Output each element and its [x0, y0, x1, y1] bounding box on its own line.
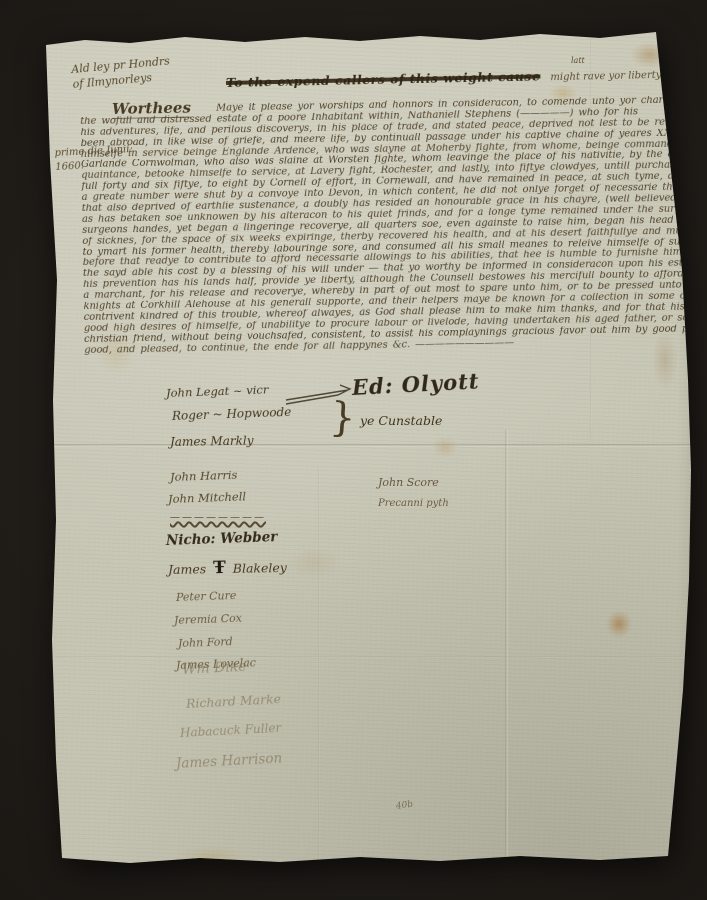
stain [606, 610, 632, 638]
signature-roger-hopwoode: Roger ~ Hopwoode [172, 405, 292, 423]
interlinear-note: latt [571, 56, 585, 65]
horizontal-fold-crease [50, 444, 690, 447]
signature-note: Precanni pyth [378, 498, 449, 509]
signature-peter-cure: Peter Cure [176, 589, 237, 604]
folio-mark: 40b [395, 800, 413, 812]
signature-james-harrison: James Harrison [176, 750, 283, 772]
manuscript-sheet: Ald ley pr Hondrs of Ilmynorleys prime d… [0, 0, 707, 900]
signature-james-blakeley: JamesŦBlakeley [168, 557, 287, 579]
signature-habacuck-fuller: Habacuck Fuller [180, 721, 282, 740]
vertical-fold-crease [505, 430, 508, 860]
signature-struck-out: ———————— [170, 512, 266, 523]
petition-body-text: Maye it please yor worships and honnors … [80, 95, 702, 356]
stain [432, 436, 458, 458]
paper-shadow: Ald ley pr Hondrs of Ilmynorleys prime d… [0, 0, 707, 900]
signature-john-mitchell: John Mitchell [168, 489, 247, 506]
brace-glyph: } [328, 394, 357, 442]
signature-first-name: James [168, 561, 206, 577]
signature-john-score: John Score [378, 476, 439, 489]
docket-line: To the expend callers of this weight cau… [226, 60, 707, 91]
vertical-fold-crease [318, 468, 320, 862]
signature-wm-dike: Wm Dike [182, 659, 247, 678]
signature-richard-marke: Richard Marke [186, 691, 282, 711]
stain [176, 846, 246, 868]
signature-jeremia-cox: Jeremia Cox [174, 612, 242, 627]
signature-ed-olyott: Ed: Olyott [351, 368, 480, 400]
struck-through-text: To the expend callers of this weight cau… [226, 68, 541, 90]
horizontal-fold-crease [55, 656, 685, 658]
signature-nicho-webber: Nicho: Webber [166, 529, 278, 549]
his-mark-glyph: Ŧ [213, 558, 226, 578]
stain [288, 548, 340, 578]
signature-james-markly: James Markly [170, 434, 254, 449]
signature-john-legat: John Legat ~ vicr [166, 382, 269, 400]
endorsement-note: Ald ley pr Hondrs of Ilmynorleys [71, 53, 172, 91]
constable-label: ye Cunstable [360, 413, 442, 428]
signature-john-ford: John Ford [178, 635, 233, 650]
docket-tail-text: might rave yor liberty at ye perticuall … [550, 67, 707, 83]
signature-last-name: Blakeley [233, 560, 287, 576]
photograph-of-manuscript: Ald ley pr Hondrs of Ilmynorleys prime d… [0, 0, 707, 900]
signature-john-harris: John Harris [170, 468, 238, 484]
